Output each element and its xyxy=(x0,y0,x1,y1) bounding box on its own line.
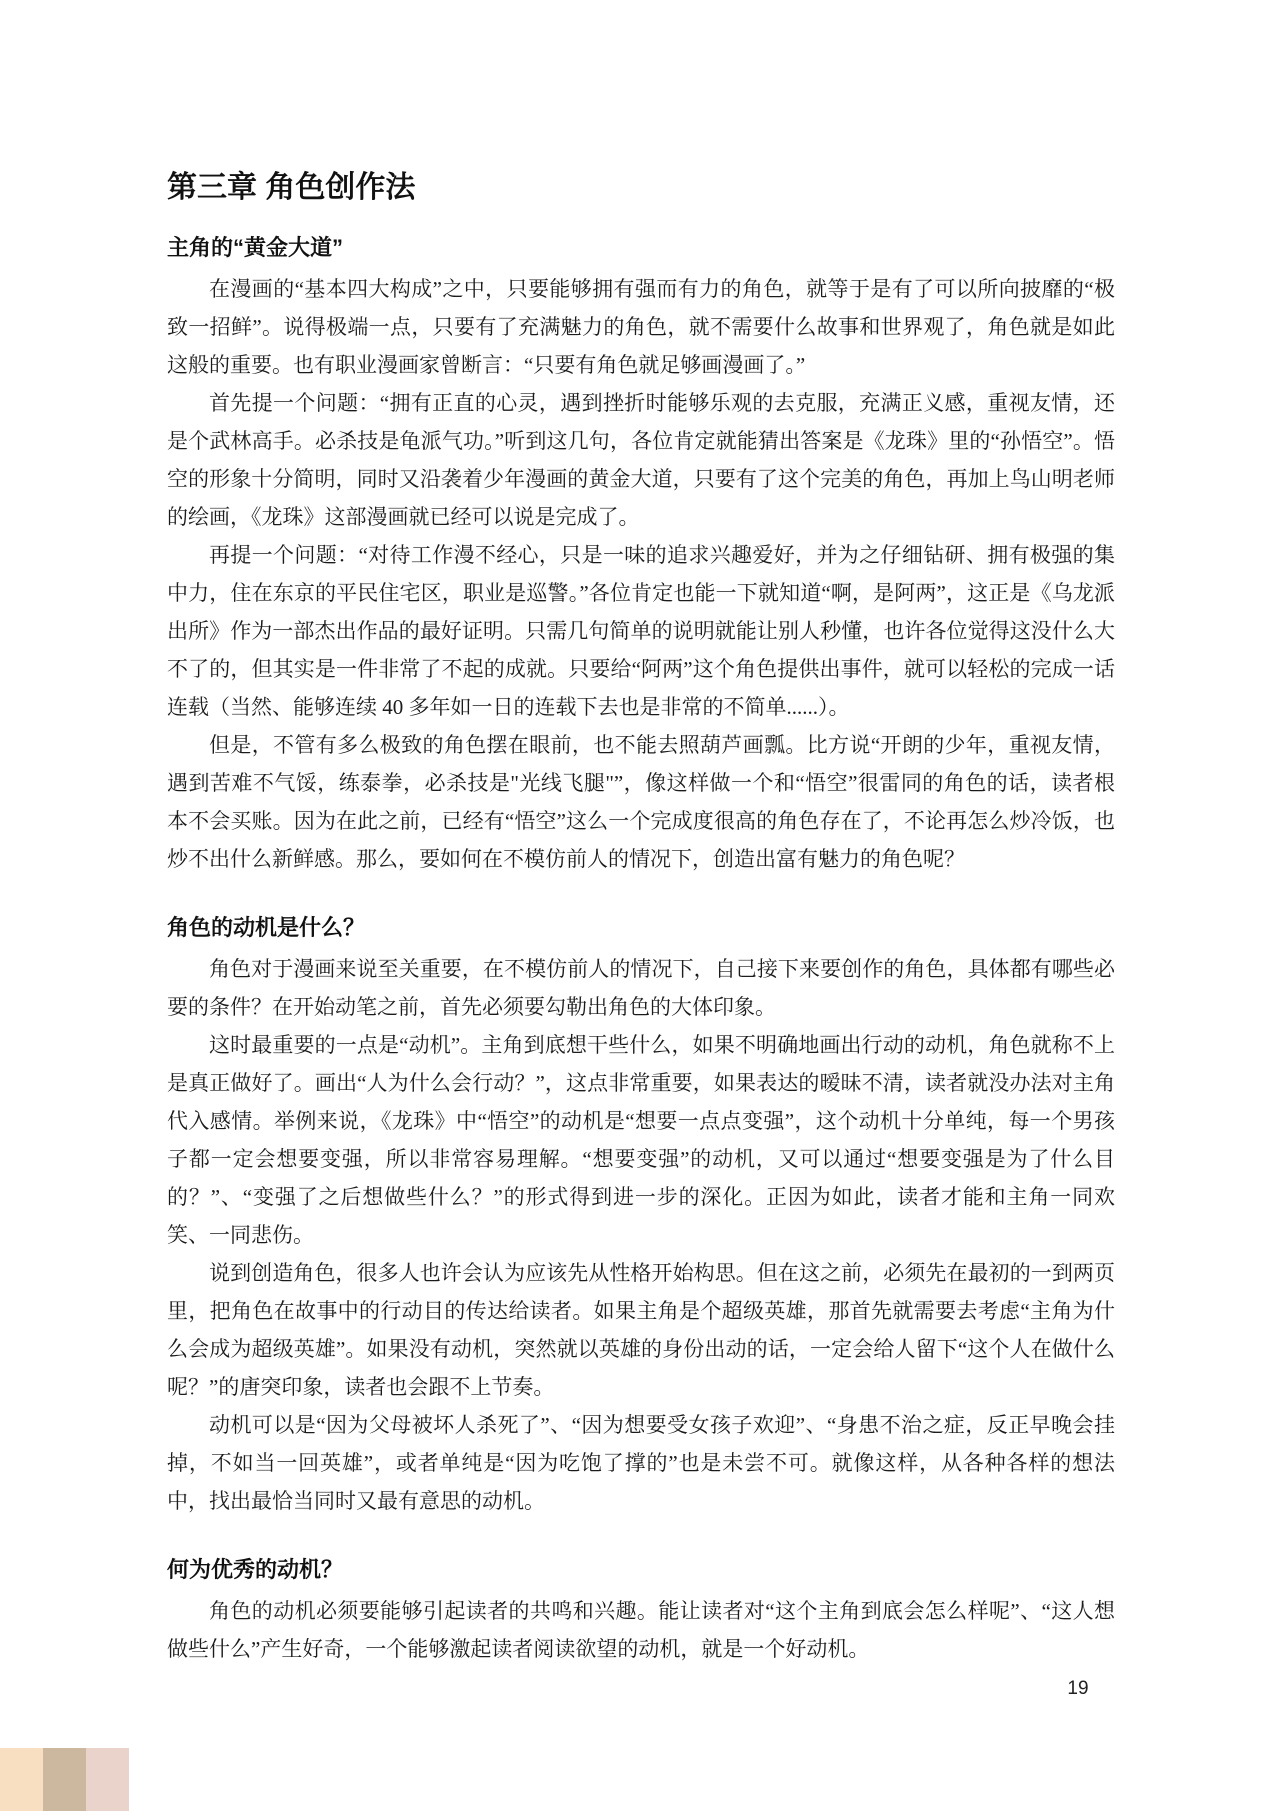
paragraph: 首先提一个问题：“拥有正直的心灵，遇到挫折时能够乐观的去克服，充满正义感，重视友… xyxy=(167,384,1115,536)
section-character-motivation: 角色的动机是什么？ 角色对于漫画来说至关重要，在不模仿前人的情况下，自己接下来要… xyxy=(167,912,1115,1520)
paragraph: 角色对于漫画来说至关重要，在不模仿前人的情况下，自己接下来要创作的角色，具体都有… xyxy=(167,950,1115,1026)
section-heading-good-motivation: 何为优秀的动机？ xyxy=(167,1554,1115,1586)
corner-block-peach xyxy=(0,1748,43,1811)
paragraph: 动机可以是“因为父母被坏人杀死了”、“因为想要受女孩子欢迎”、“身患不治之症，反… xyxy=(167,1406,1115,1520)
decorative-corner-blocks xyxy=(0,1748,129,1811)
paragraph: 说到创造角色，很多人也许会认为应该先从性格开始构思。但在这之前，必须先在最初的一… xyxy=(167,1254,1115,1406)
section-heading-motivation: 角色的动机是什么？ xyxy=(167,912,1115,944)
paragraph: 角色的动机必须要能够引起读者的共鸣和兴趣。能让读者对“这个主角到底会怎么样呢”、… xyxy=(167,1592,1115,1668)
chapter-title: 第三章 角色创作法 xyxy=(167,168,1115,208)
paragraph: 再提一个问题：“对待工作漫不经心，只是一味的追求兴趣爱好，并为之仔细钻研、拥有极… xyxy=(167,536,1115,726)
paragraph: 但是，不管有多么极致的角色摆在眼前，也不能去照葫芦画瓢。比方说“开朗的少年，重视… xyxy=(167,726,1115,878)
paragraph: 在漫画的“基本四大构成”之中，只要能够拥有强而有力的角色，就等于是有了可以所向披… xyxy=(167,270,1115,384)
paragraph: 这时最重要的一点是“动机”。主角到底想干些什么，如果不明确地画出行动的动机，角色… xyxy=(167,1026,1115,1254)
page-content: 第三章 角色创作法 主角的“黄金大道” 在漫画的“基本四大构成”之中，只要能够拥… xyxy=(167,168,1115,1668)
section-heading-golden-road: 主角的“黄金大道” xyxy=(167,232,1115,264)
section-protagonist-golden-road: 主角的“黄金大道” 在漫画的“基本四大构成”之中，只要能够拥有强而有力的角色，就… xyxy=(167,232,1115,878)
page-number: 19 xyxy=(1058,1678,1098,1700)
section-good-motivation: 何为优秀的动机？ 角色的动机必须要能够引起读者的共鸣和兴趣。能让读者对“这个主角… xyxy=(167,1554,1115,1668)
corner-block-rose xyxy=(86,1748,129,1811)
book-page: 第三章 角色创作法 主角的“黄金大道” 在漫画的“基本四大构成”之中，只要能够拥… xyxy=(0,0,1280,1811)
corner-block-tan xyxy=(43,1748,86,1811)
